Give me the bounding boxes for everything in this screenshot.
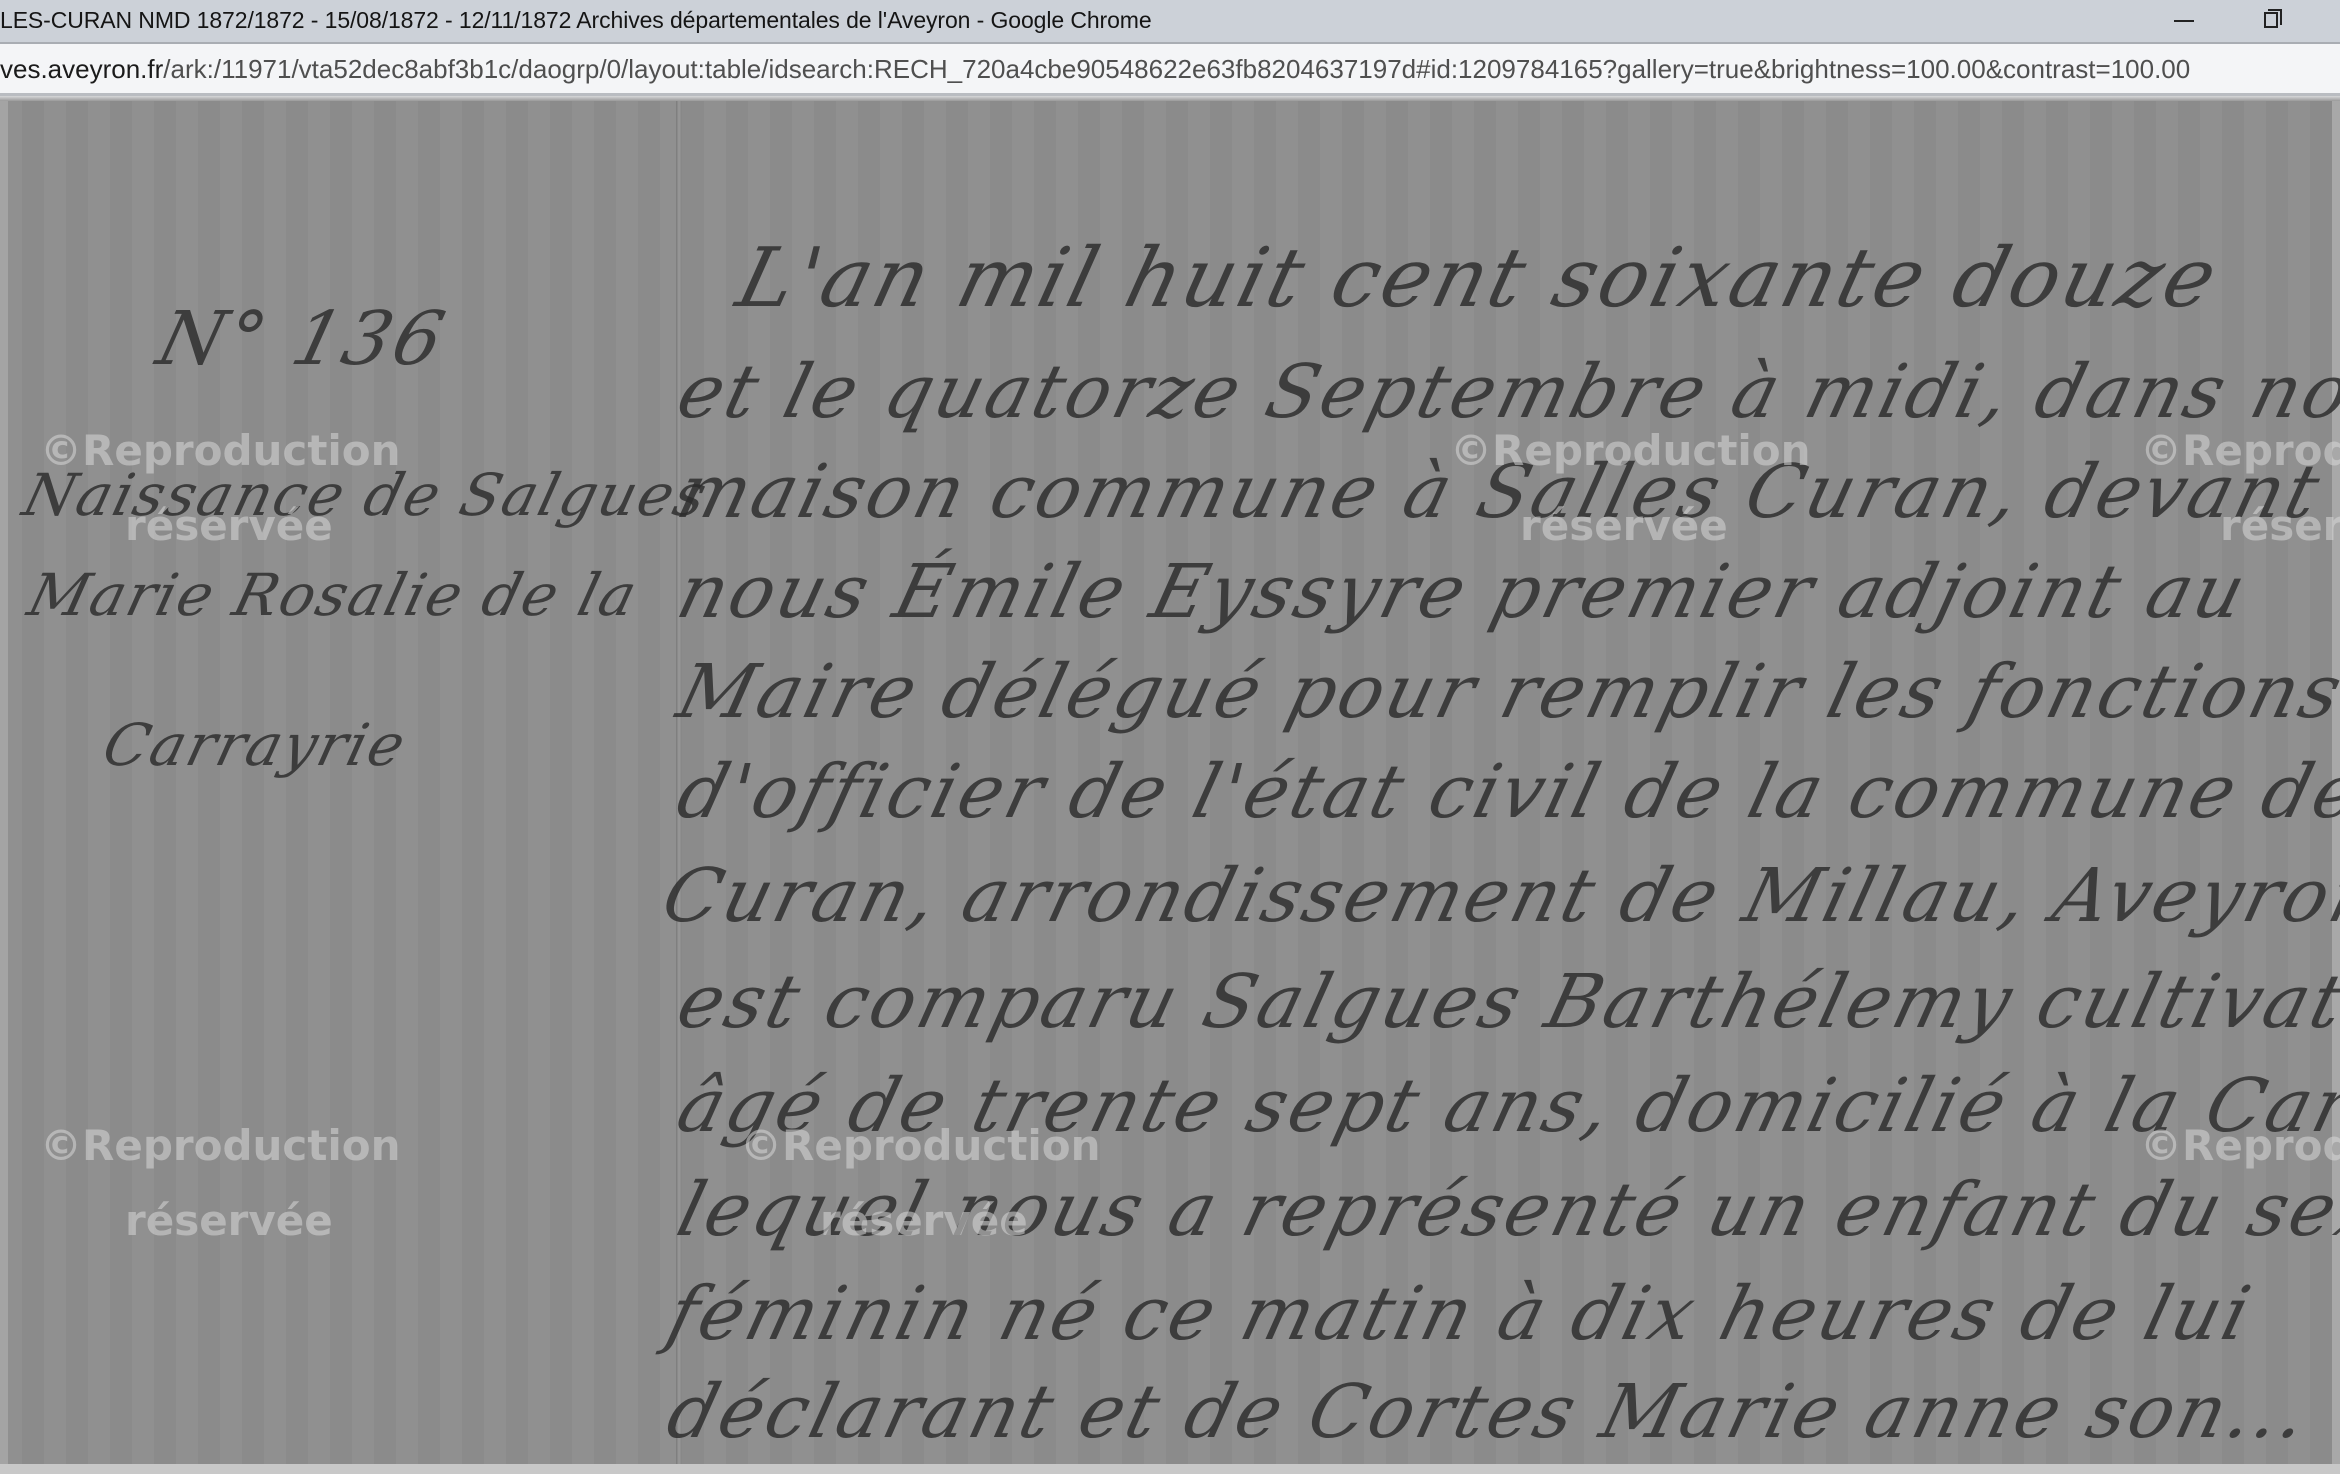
margin-line: Marie Rosalie de la: [22, 561, 646, 629]
body-line: d'officier de l'état civil de la commune…: [669, 749, 2340, 835]
body-line: Maire délégué pour remplir les fonctions: [669, 649, 2340, 735]
page-left-edge: [0, 101, 8, 1474]
watermark: réservée: [2220, 501, 2340, 550]
watermark: ©Reproduction: [2140, 1121, 2340, 1170]
body-line: est comparu Salgues Barthélemy cultivate…: [669, 959, 2340, 1045]
body-line: nous Émile Eyssyre premier adjoint au: [669, 549, 2256, 635]
body-line: féminin né ce matin à dix heures de lui: [659, 1271, 2261, 1357]
minimize-button[interactable]: [2150, 0, 2220, 44]
watermark: réservée: [820, 1196, 1028, 1245]
act-number: N° 136: [149, 296, 455, 382]
watermark: ©Reproduction: [2140, 426, 2340, 475]
body-line: Curan, arrondissement de Millau, Aveyron: [654, 853, 2340, 939]
margin-line: Carrayrie: [97, 711, 414, 779]
watermark: ©Reproduction: [40, 1121, 401, 1170]
body-line: déclarant et de Cortes Marie anne son...: [659, 1369, 2318, 1455]
body-line: et le quatorze Septembre à midi, dans no…: [669, 349, 2340, 435]
url-path: /ark:/11971/vta52dec8abf3b1c/daogrp/0/la…: [163, 54, 2190, 84]
watermark: réservée: [1520, 501, 1728, 550]
watermark: ©Reproduction: [40, 426, 401, 475]
watermark: ©Reproduction: [740, 1121, 1101, 1170]
watermark: réservée: [125, 501, 333, 550]
window-titlebar: LES-CURAN NMD 1872/1872 - 15/08/1872 - 1…: [0, 0, 2340, 44]
restore-button[interactable]: [2240, 0, 2310, 44]
window-title: LES-CURAN NMD 1872/1872 - 15/08/1872 - 1…: [0, 7, 1152, 34]
url-domain: ves.aveyron.fr: [0, 54, 163, 84]
restore-icon-front: [2264, 12, 2278, 28]
body-line: L'an mil huit cent soixante douze: [728, 231, 2228, 326]
address-bar[interactable]: ves.aveyron.fr/ark:/11971/vta52dec8abf3b…: [0, 44, 2340, 96]
document-image-viewer[interactable]: N° 136 Naissance de Salgues Marie Rosali…: [0, 101, 2340, 1474]
page-bottom-edge: [0, 1464, 2340, 1474]
watermark: ©Reproduction: [1450, 426, 1811, 475]
url-text[interactable]: ves.aveyron.fr/ark:/11971/vta52dec8abf3b…: [0, 54, 2190, 85]
watermark: réservée: [125, 1196, 333, 1245]
